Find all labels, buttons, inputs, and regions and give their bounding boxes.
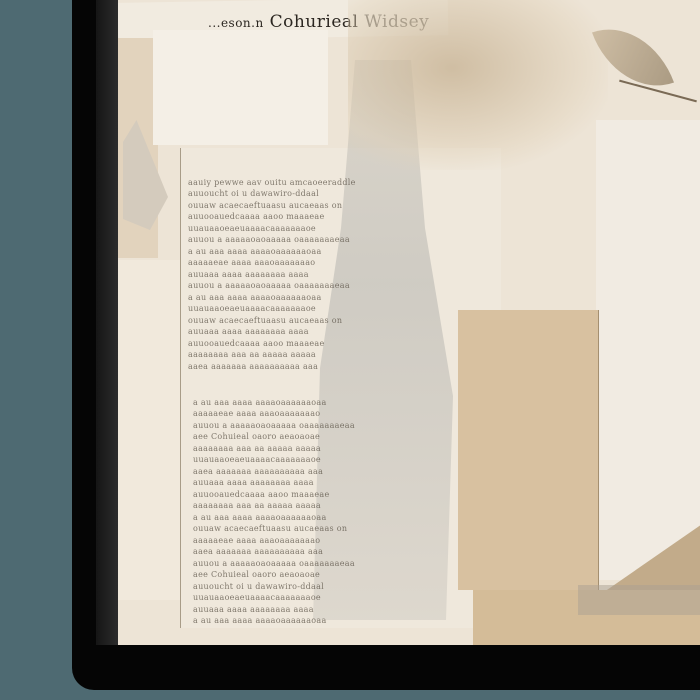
paper-strip-bottom-grey (578, 585, 700, 615)
paper-right-white (596, 120, 700, 580)
paper-upper-white (153, 30, 328, 145)
stain-top-center (348, 0, 608, 170)
paper-left-cream (118, 260, 183, 600)
collage-artwork: ...eson.n Cohurieal Widsey aauiy pewwe a… (118, 0, 700, 645)
cardboard-rectangle (458, 310, 599, 590)
newspaper-text-lower: a au aaa aaaa aaaaoaaaaaaoaa aaaaaeae aa… (193, 385, 355, 638)
newspaper-text: aauiy pewwe aav ouitu amcaoeeraddle auuo… (188, 165, 356, 384)
frame-bevel (96, 0, 120, 645)
